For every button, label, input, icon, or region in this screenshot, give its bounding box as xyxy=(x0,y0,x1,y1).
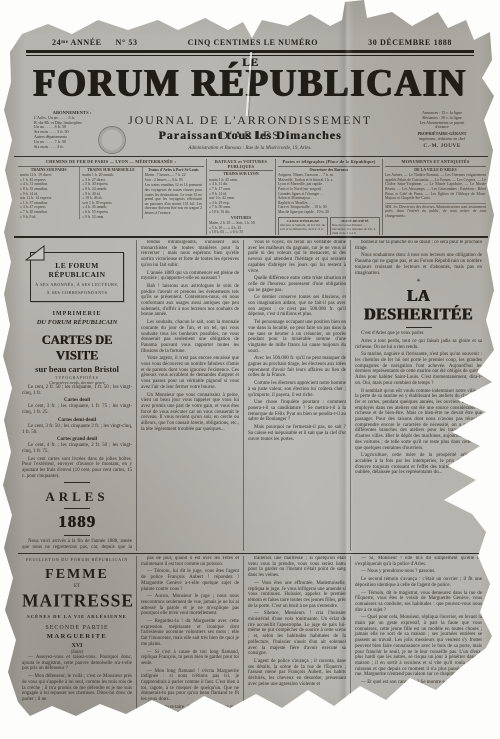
directors-note: MM. les Directeurs des diverses Administ… xyxy=(385,203,486,219)
feuilleton-text: — Asseyez-vous et taisez-vous. Pourquoi … xyxy=(22,655,132,703)
monuments-subtitle: DE LA VILLE D'ARLES xyxy=(385,168,486,173)
monuments-text: Les Arènes, — Le Théâtre Romain, — Les T… xyxy=(385,173,486,201)
trains-psl-rows: Matin : 7 heures — 7 h. 22 Soir : 2 heur… xyxy=(145,173,202,182)
column-4: bonheur sur la planche ou se disait : ce… xyxy=(350,240,486,551)
feuilleton-text: traiteriez une maîtresse ; si quelqu'un … xyxy=(248,556,346,687)
column-1: LE FORUM RÉPUBLICAIN À SES ABONNÉS, À SE… xyxy=(18,240,136,551)
article-text: tendus intransigeants, s'unissent aux mo… xyxy=(141,240,239,433)
cartes-deuil-head: Cartes deuil xyxy=(22,398,132,403)
postal-stamp-icon xyxy=(98,126,126,154)
annonces-lines: Annonces : 15 c. la ligne Réclames : 30 … xyxy=(398,111,486,130)
trains-lyon-title: TRAINS SUR LYON xyxy=(209,172,273,177)
feuilleton-column-1: FEUILLETON DU FORUM RÉPUBLICAIN FEMME ET… xyxy=(18,556,136,738)
feuilleton-chapter: XVI xyxy=(22,643,132,649)
price-paragraph: Le cent, 3 fr. ; les cinquante, 1 fr. 75… xyxy=(22,404,132,415)
band-bottom-rule xyxy=(14,236,488,238)
article-end-text: bonheur sur la planche ou se disait : ce… xyxy=(355,240,482,276)
monuments-section: MONUMENTS ET ANTIQUITÉS DE LA VILLE D'AR… xyxy=(382,159,488,235)
imprimerie-title: IMPRIMERIE xyxy=(22,311,132,317)
price-paragraph: Le cent, 3 fr. 50 ; les cinquante 2 fr. … xyxy=(22,424,132,435)
scan-background: 24ᵐᵉ ANNÉE N° 53 CINQ CENTIMES LE NUMÉRO… xyxy=(0,0,500,739)
trains-paris: TRAINS SUR PARIS matin 12 h. 19 direct »… xyxy=(18,167,79,220)
feuilleton-title-et: ET xyxy=(22,584,132,589)
delivery-note: Les cent cartes sont livrées dans de jol… xyxy=(22,457,132,480)
article-divider-ornament: ✳ xyxy=(355,278,482,284)
postes-subtitle: Ouverture des Bureaux xyxy=(278,168,380,173)
feuilleton-rubric: FEUILLETON DU FORUM RÉPUBLICAIN xyxy=(22,557,132,562)
annonces-block: Annonces : 15 c. la ligne Réclames : 30 … xyxy=(398,111,486,149)
notice-card: LE FORUM RÉPUBLICAIN À SES ABONNÉS, À SE… xyxy=(30,252,124,302)
dog-ear-fold-icon xyxy=(25,245,45,261)
headline-underrule xyxy=(406,327,432,328)
price-line: CINQ CENTIMES LE NUMÉRO xyxy=(188,38,318,47)
imprimerie-subtitle: DU FORUM RÉPUBLICAIN xyxy=(22,319,132,326)
card-line2: À SES ABONNÉS, À SES LECTEURS, xyxy=(34,282,120,287)
feuilleton-text: — Si, Monsieur ! elle m'a dit simplement… xyxy=(355,556,482,686)
caisse-epargne-title: CAISSE D'ÉPARGNE xyxy=(280,219,326,223)
voitures-title: VOITURES xyxy=(209,216,273,221)
section-separator xyxy=(64,482,90,483)
feuilleton-column-4: — Si, Monsieur ! elle m'a dit simplement… xyxy=(350,556,486,738)
trains-marseille: TRAINS SUR MARSEILLE matin 1 h. 20 omnib… xyxy=(79,167,141,220)
cartes-visite-title: CARTES DE VISITE xyxy=(22,332,132,364)
trains-port-st-louis: Trains d'Arles à Port-St-Louis Matin : 7… xyxy=(142,167,204,220)
trains-psl-title: Trains d'Arles à Port-St-Louis xyxy=(145,168,202,173)
trains-psl-note: Les trains omnibus 12 et 14 prennent des… xyxy=(145,183,202,215)
feuilleton-column-2: pas de jour, quand il est avec les Fêtes… xyxy=(136,556,243,738)
boats-header: BATEAUX et VOITURES PUBLIQUES xyxy=(209,159,273,171)
caisse-epargne-text: Ouverte le Samedi, de 6 à 9 h. du soir e… xyxy=(280,223,326,231)
feuilleton-title-femme: FEMME xyxy=(22,567,132,583)
year-heading: 1889 xyxy=(22,512,132,532)
caisse-epargne-box: CAISSE D'ÉPARGNE Ouverte le Samedi, de 6… xyxy=(278,217,328,235)
price-paragraph: Le cent, 2 fr. 50 ; les cinquante, 1 fr.… xyxy=(22,385,132,396)
postes-header: Postes et télégraphes (Place de la Répub… xyxy=(278,159,380,167)
postes-rows: Avignon, Nîmes, Tarascon . . 7 h. m. Mar… xyxy=(278,173,380,214)
postes-section: Postes et télégraphes (Place de la Répub… xyxy=(275,159,382,235)
feuilleton-part: SECONDE PARTIE xyxy=(22,625,132,631)
cartes-demi-deuil-head: Cartes demi-deuil xyxy=(22,418,132,423)
feuilleton-subtitle: SCÈNES DE LA VIE ARLÉSIENNE xyxy=(22,614,132,619)
railways-section: CHEMINS DE FER DE PARIS — LYON — MÉDITER… xyxy=(16,159,206,235)
voitures-rows: Matin, 2 h. 45 — Soir, 1 h. 50 » 5 h. 10… xyxy=(209,221,273,235)
edition-year: 24ᵐᵉ ANNÉE xyxy=(52,38,102,47)
boats-section: BATEAUX et VOITURES PUBLIQUES TRAINS SUR… xyxy=(206,159,275,235)
cartes-grand-deuil-head: Cartes grand deuil xyxy=(22,437,132,442)
price-paragraph: Le cent, 4 fr. ; les cinquante, 2 fr. 50… xyxy=(22,443,132,454)
arles-heading: ARLES xyxy=(22,489,132,505)
column-3: Vous le voyez, on ferait un véritable dr… xyxy=(243,240,350,551)
column-2: tendus intransigeants, s'unissent aux mo… xyxy=(136,240,243,551)
trains-marseille-rows: matin 1 h. 20 omnib. » 3 h. 27 direct » … xyxy=(82,173,139,219)
gerant-name: C.-M. JOUVE xyxy=(398,144,486,149)
dateline: 24ᵐᵉ ANNÉE N° 53 CINQ CENTIMES LE NUMÉRO… xyxy=(30,38,470,47)
article-text: Vous le voyez, on ferait un véritable dr… xyxy=(248,240,346,442)
info-band: CHEMINS DE FER DE PARIS — LYON — MÉDITER… xyxy=(16,159,488,235)
trains-paris-rows: matin 12 h. 19 direct » 1 h. 45 express … xyxy=(20,173,77,219)
feuilleton-part-name: MARGUERITE xyxy=(22,633,132,640)
card-title: LE FORUM RÉPUBLICAIN xyxy=(34,261,120,279)
issue-number: N° 53 xyxy=(116,38,138,47)
cartes-visite-subtitle: sur beau carton Bristol xyxy=(22,364,132,374)
monuments-header: MONUMENTS ET ANTIQUITÉS xyxy=(385,159,486,167)
feuilleton: FEUILLETON DU FORUM RÉPUBLICAIN FEMME ET… xyxy=(18,556,486,738)
arles-article-text: Nous voici arrivés à la fin de l'année 1… xyxy=(22,539,132,551)
feuilleton-text: pas de jour, quand il est avec les Fêtes… xyxy=(141,556,239,735)
trains-lyon-rows: matin 1 h. 45 omn. » 4 h. 11 dir. » 7 h.… xyxy=(209,178,273,215)
issue-date: 30 DÉCEMBRE 1888 xyxy=(368,38,452,47)
desheritee-headline: LA DESHERITÉE xyxy=(355,287,482,325)
gerant-subtitle: imprimeur, rédacteur en chef xyxy=(398,137,486,142)
feuilleton-rule xyxy=(18,553,486,554)
section-separator xyxy=(64,508,90,509)
newspaper-page: 24ᵐᵉ ANNÉE N° 53 CINQ CENTIMES LE NUMÉRO… xyxy=(0,0,500,739)
section-separator xyxy=(64,535,90,536)
card-line3: À SES CORRESPONDANTS xyxy=(34,290,120,295)
trains-paris-title: TRAINS SUR PARIS xyxy=(20,168,77,173)
admin-line: Administration et Bureaux : Rue de la Mi… xyxy=(130,146,370,151)
main-body: LE FORUM RÉPUBLICAIN À SES ABONNÉS, À SE… xyxy=(18,240,486,551)
paper-crease xyxy=(338,0,354,739)
trains-marseille-title: TRAINS SUR MARSEILLE xyxy=(82,168,139,173)
masthead-rule xyxy=(14,156,488,157)
desheritee-text: C'est d'Arles que je veux parler.Arles a… xyxy=(355,331,482,476)
railways-header: CHEMINS DE FER DE PARIS — LYON — MÉDITER… xyxy=(18,159,204,167)
feuilleton-title-maitresse: MAITRESSE xyxy=(22,589,132,611)
feuilleton-column-3: traiteriez une maîtresse ; si quelqu'un … xyxy=(243,556,350,738)
